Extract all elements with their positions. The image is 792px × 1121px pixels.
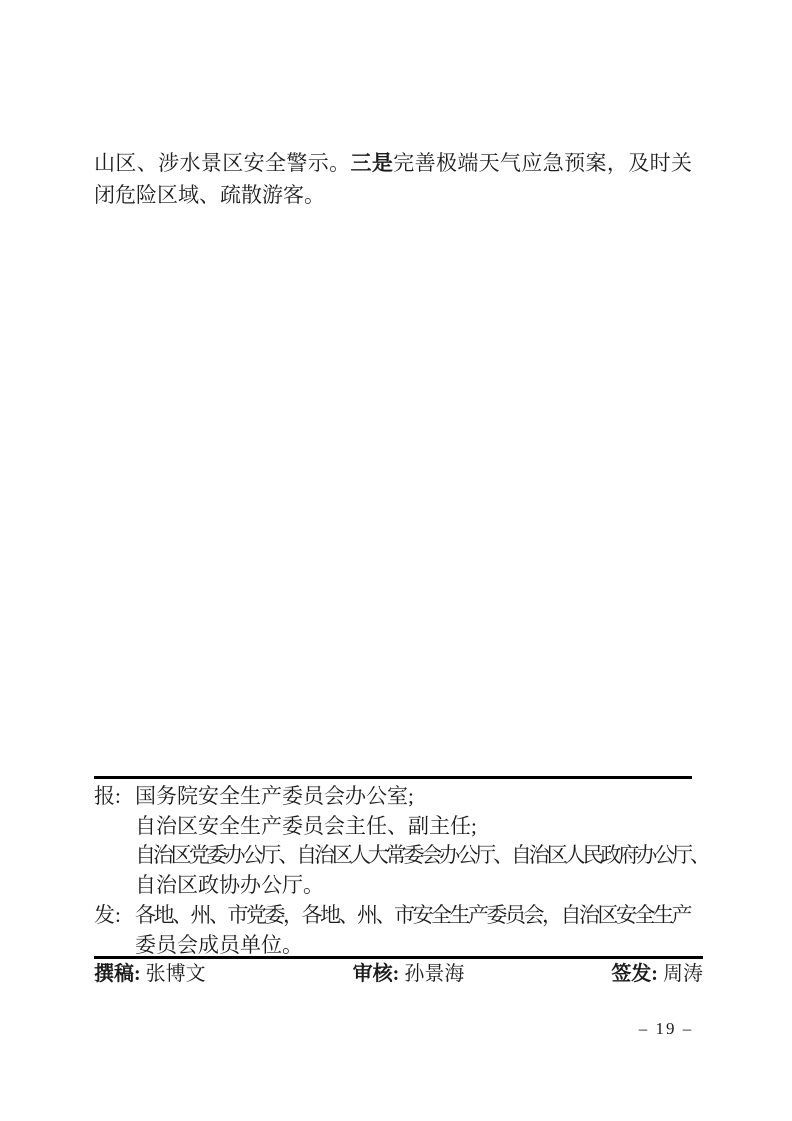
credits-footer: 撰稿: 张博文 审核: 孙景海 签发: 周涛 — [94, 956, 703, 986]
distribution-row: 发: 各地、州、市党委，各地、州、市安全生产委员会，自治区安全生产 — [94, 901, 692, 931]
distribution-row-text: 国务院安全生产委员会办公室; — [135, 784, 414, 808]
reviewer-label: 审核: — [353, 963, 400, 985]
distribution-list: 报: 国务院安全生产委员会办公室; 自治区安全生产委员会主任、副主任; 自治区党… — [94, 782, 692, 960]
credits-top-rule — [94, 956, 703, 959]
distribution-row: 报: 国务院安全生产委员会办公室; — [94, 782, 692, 812]
distribution-block: 报: 国务院安全生产委员会办公室; 自治区安全生产委员会主任、副主任; 自治区党… — [94, 776, 692, 960]
page-number: – 19 – — [616, 1019, 716, 1039]
drafter-name: 张博文 — [146, 963, 206, 985]
distribution-top-rule — [94, 776, 692, 779]
distribution-row-label: 发: — [94, 901, 121, 931]
issuer-label: 签发: — [611, 963, 658, 985]
reviewer-name: 孙景海 — [404, 963, 464, 985]
paragraph-line-1: 山区、涉水景区安全警示。三是完善极端天气应急预案，及时关 — [94, 147, 692, 179]
paragraph-line-2: 闭危险区域、疏散游客。 — [94, 179, 692, 211]
issuer-credit: 签发: 周涛 — [611, 963, 703, 986]
issuer-name: 周涛 — [663, 963, 703, 985]
distribution-row-label: 报: — [94, 782, 121, 812]
body-paragraph: 山区、涉水景区安全警示。三是完善极端天气应急预案，及时关 闭危险区域、疏散游客。 — [94, 147, 692, 211]
distribution-row-text: 自治区政协办公厅。 — [135, 873, 324, 897]
distribution-row-text: 自治区安全生产委员会主任、副主任; — [135, 814, 477, 838]
reviewer-credit: 审核: 孙景海 — [353, 963, 465, 986]
paragraph-line-1-text: 山区、涉水景区安全警示。 — [94, 151, 350, 175]
paragraph-line-1-rest: 完善极端天气应急预案，及时关 — [393, 151, 692, 175]
distribution-row-text: 自治区党委办公厅、自治区人大常委会办公厅、自治区人民政府办公厅、 — [135, 843, 708, 867]
distribution-row: 自治区党委办公厅、自治区人大常委会办公厅、自治区人民政府办公厅、 — [94, 841, 692, 871]
drafter-credit: 撰稿: 张博文 — [94, 963, 206, 986]
distribution-row: 自治区政协办公厅。 — [94, 871, 692, 901]
document-page: 山区、涉水景区安全警示。三是完善极端天气应急预案，及时关 闭危险区域、疏散游客。… — [0, 0, 792, 1121]
paragraph-emphasis: 三是 — [350, 151, 393, 175]
distribution-row-text: 各地、州、市党委，各地、州、市安全生产委员会，自治区安全生产 — [135, 903, 690, 927]
credits-row: 撰稿: 张博文 审核: 孙景海 签发: 周涛 — [94, 963, 703, 986]
distribution-row-text: 委员会成员单位。 — [135, 933, 303, 957]
drafter-label: 撰稿: — [94, 963, 141, 985]
distribution-row: 自治区安全生产委员会主任、副主任; — [94, 812, 692, 842]
